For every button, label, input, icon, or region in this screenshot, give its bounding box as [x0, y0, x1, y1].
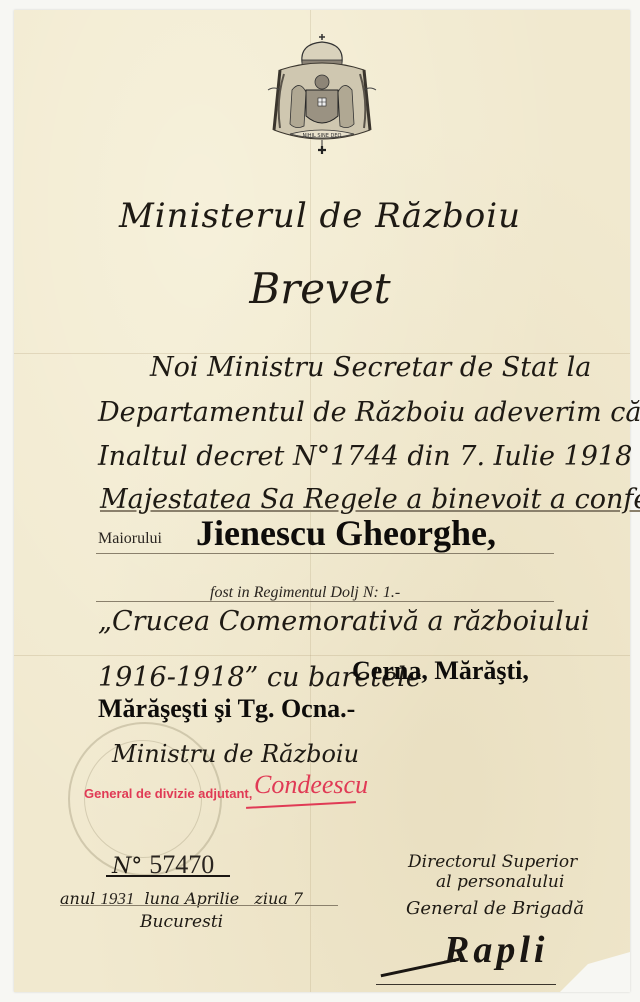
document-title: Brevet	[0, 264, 640, 313]
general-stamp-text: General de divizie adjutant,	[84, 786, 252, 801]
date-line: anul 1931 luna Aprilie ziua 7	[60, 889, 303, 909]
director-line-1: Directorul Superior	[408, 852, 577, 872]
place: Bucuresti	[140, 912, 223, 932]
body-line-4: Majestatea Sa Regele a binevoit a confer…	[100, 484, 640, 515]
minister-signature: Condeescu	[254, 770, 368, 800]
decree-prefix: Inaltul decret N°	[98, 441, 330, 472]
fold-line	[14, 655, 630, 656]
recipient-underline	[96, 553, 554, 554]
recipient-name: Jienescu Gheorghe,	[196, 512, 496, 554]
body-line-3: Inaltul decret N°1744 din 7. Iulie 1918	[98, 441, 632, 472]
director-line-2: al personalului	[436, 872, 564, 892]
coat-of-arms-icon: NIHIL SINE DEO	[262, 30, 382, 170]
number-underline	[106, 875, 230, 877]
decree-number: 1744	[330, 441, 399, 472]
torn-corner	[560, 952, 630, 992]
bars-line-2: Mărăşeşti şi Tg. Ocna.-	[98, 694, 355, 724]
director-signature-line	[376, 984, 556, 985]
rank-label: Maiorului	[98, 530, 162, 548]
unit-underline	[96, 601, 554, 602]
ministry-title: Ministerul de Războiu	[0, 196, 640, 236]
body-line-1: Noi Ministru Secretar de Stat la	[150, 352, 591, 383]
director-signature: Rapli	[444, 928, 548, 972]
director-line-3: General de Brigadă	[406, 898, 584, 919]
minister-title: Ministru de Războiu	[112, 740, 359, 768]
bars-line-1: Cerna, Mărăşti,	[352, 656, 529, 686]
body-line-2: Departamentul de Războiu adeverim că pri…	[98, 397, 640, 428]
decree-mid: din	[407, 441, 450, 472]
decree-day: 7.	[459, 441, 485, 472]
decree-month-year: Iulie 1918	[494, 441, 633, 472]
unit-line: fost in Regimentul Dolj N: 1.-	[210, 584, 400, 602]
award-line-1: „Crucea Comemorativă a războiului	[98, 606, 590, 637]
date-underline	[60, 905, 338, 906]
crest-motto: NIHIL SINE DEO	[303, 133, 342, 139]
